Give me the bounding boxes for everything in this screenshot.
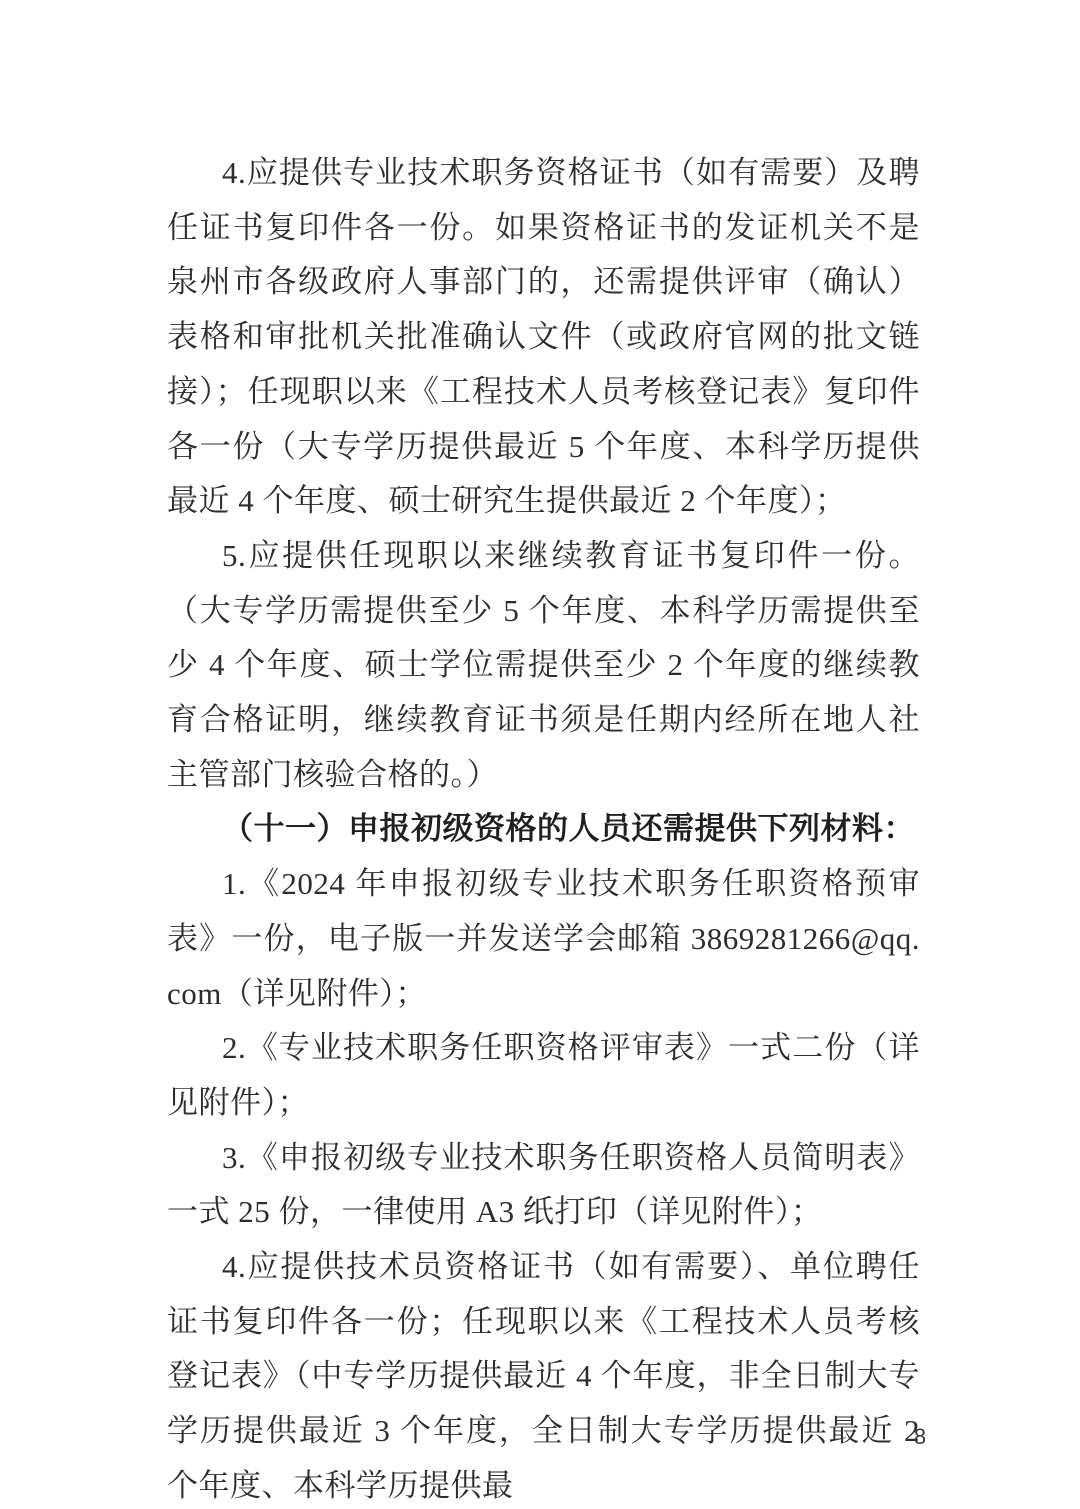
paragraph-junior-item3-summary-table: 3.《申报初级专业技术职务任职资格人员简明表》一式 25 份，一律使用 A3 纸… <box>167 1131 920 1240</box>
document-page: 4.应提供专业技术职务资格证书（如有需要）及聘任证书复印件各一份。如果资格证书的… <box>0 0 1080 1509</box>
section-heading-eleven: （十一）申报初级资格的人员还需提供下列材料： <box>167 802 920 857</box>
document-body: 4.应提供专业技术职务资格证书（如有需要）及聘任证书复印件各一份。如果资格证书的… <box>167 146 920 1509</box>
paragraph-junior-item4-technician-certificates: 4.应提供技术员资格证书（如有需要）、单位聘任证书复印件各一份；任现职以来《工程… <box>167 1240 920 1509</box>
paragraph-junior-item1-preliminary-review-form: 1.《2024 年申报初级专业技术职务任职资格预审表》一份，电子版一并发送学会邮… <box>167 857 920 1021</box>
paragraph-junior-item2-evaluation-form: 2.《专业技术职务任职资格评审表》一式二份（详见附件）； <box>167 1021 920 1130</box>
paragraph-senior-item4-certificates: 4.应提供专业技术职务资格证书（如有需要）及聘任证书复印件各一份。如果资格证书的… <box>167 146 920 529</box>
paragraph-senior-item5-continuing-education: 5.应提供任现职以来继续教育证书复印件一份。（大专学历需提供至少 5 个年度、本… <box>167 529 920 803</box>
page-number: 8 <box>908 1424 932 1450</box>
